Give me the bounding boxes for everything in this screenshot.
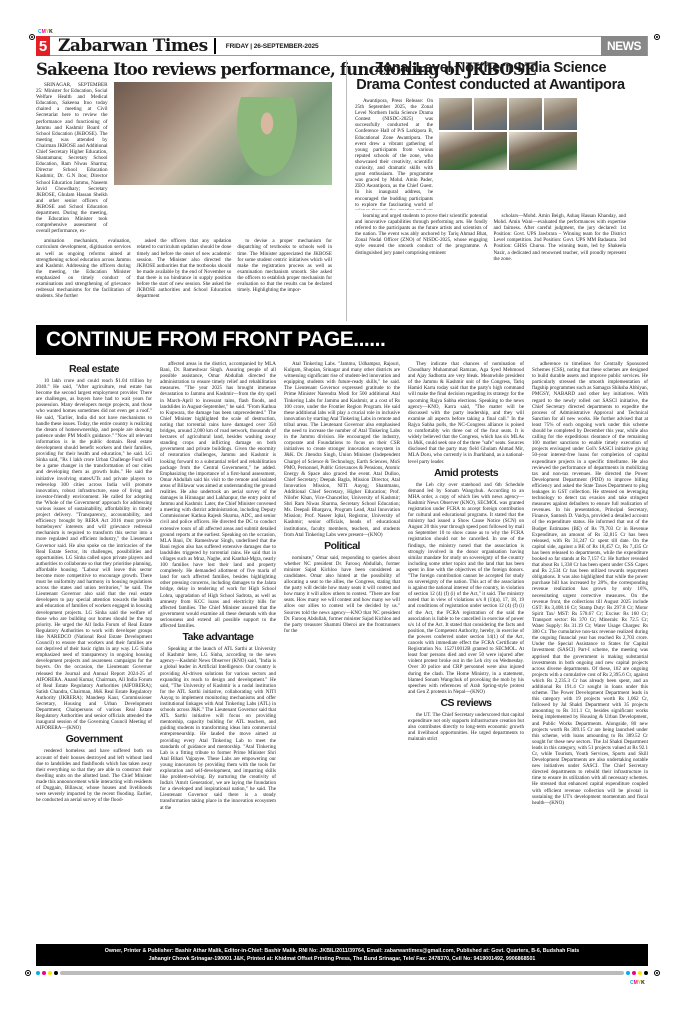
contest-photo xyxy=(509,132,577,170)
story-column: amination mechanism, evaluation, curricu… xyxy=(36,238,131,299)
continued-column: Atal Tinkering Labs. "Jammu, Udhampur, R… xyxy=(284,361,400,941)
gray-bar xyxy=(60,971,624,975)
magenta-swatch xyxy=(42,971,46,975)
subheading: Take advantage xyxy=(160,631,276,644)
contest-photo xyxy=(439,98,472,130)
story-lead: Awantipora, Press Release: On 25th Septe… xyxy=(355,98,433,210)
subheading: Political xyxy=(284,540,400,553)
black-swatch xyxy=(54,971,58,975)
registration-mark-icon xyxy=(29,34,35,40)
cmyk-marker-top: CMYK xyxy=(38,29,53,35)
page-number: 5 xyxy=(36,36,50,56)
story-education-minister: Sakeena Itoo reviews performance, functi… xyxy=(36,60,332,321)
magenta-swatch xyxy=(632,971,636,975)
headline: Zonal Level Northern India Science Drama… xyxy=(355,60,626,94)
imprint-line: Owner, Printer & Publisher: Bashir Athar… xyxy=(36,947,648,955)
subheading: Real estate xyxy=(36,363,152,376)
continue-banner: CONTINUE FROM FRONT PAGE...... xyxy=(36,325,648,355)
subheading: Government xyxy=(36,733,152,746)
cyan-swatch xyxy=(36,971,40,975)
story-column: learning and urged students to prove the… xyxy=(355,213,488,321)
story-column: scholars—Mohd. Amin Beigh, Ashaq Hassan … xyxy=(494,213,627,321)
contest-photo xyxy=(509,98,542,130)
story-science-drama: Zonal Level Northern India Science Drama… xyxy=(346,60,626,321)
subheading: CS reviews xyxy=(408,697,524,710)
continued-column: They indicate that chances of nomination… xyxy=(408,361,524,941)
continued-column: Real estate 10 lakh crore and could reac… xyxy=(36,361,152,941)
color-bar xyxy=(36,971,648,975)
imprint-footer: Owner, Printer & Publisher: Bashir Athar… xyxy=(36,944,648,966)
registration-mark-icon xyxy=(654,970,660,976)
imprint-line: Jahangir Chowk Srinagar-190001 J&K, Prin… xyxy=(36,955,648,963)
contest-photo xyxy=(544,98,577,130)
story-lead: SRINAGAR, SEPTEMBER 25: Minister for Edu… xyxy=(36,82,108,234)
subheading: Amid protests xyxy=(408,467,524,480)
contest-photo xyxy=(474,98,507,130)
continued-column: affected areas in the district, accompan… xyxy=(160,361,276,941)
masthead: 5 Zabarwan Times FRIDAY | 26-SEPTEMBER-2… xyxy=(36,36,648,56)
story-column: to devise a proper mechanism for dispatc… xyxy=(237,238,332,299)
headline: Sakeena Itoo reviews performance, functi… xyxy=(36,60,332,80)
issue-date: FRIDAY | 26-SEPTEMBER-2025 xyxy=(226,43,319,50)
black-swatch xyxy=(644,971,648,975)
yellow-swatch xyxy=(638,971,642,975)
cmyk-marker-bottom: CMYK xyxy=(630,980,645,986)
newspaper-page: 5 Zabarwan Times FRIDAY | 26-SEPTEMBER-2… xyxy=(36,36,648,941)
registration-mark-icon xyxy=(654,34,660,40)
divider xyxy=(214,38,216,54)
paper-name: Zabarwan Times xyxy=(58,36,208,56)
yellow-swatch xyxy=(48,971,52,975)
story-column: asked the officers that any updation rel… xyxy=(137,238,232,299)
section-label: NEWS xyxy=(601,36,647,56)
cyan-swatch xyxy=(626,971,630,975)
registration-mark-icon xyxy=(25,970,31,976)
meeting-photo xyxy=(114,82,333,185)
contest-photo xyxy=(439,132,507,170)
contest-photo-collage xyxy=(439,98,577,210)
continued-column: adherence to timelines for Centrally Spo… xyxy=(532,361,648,941)
